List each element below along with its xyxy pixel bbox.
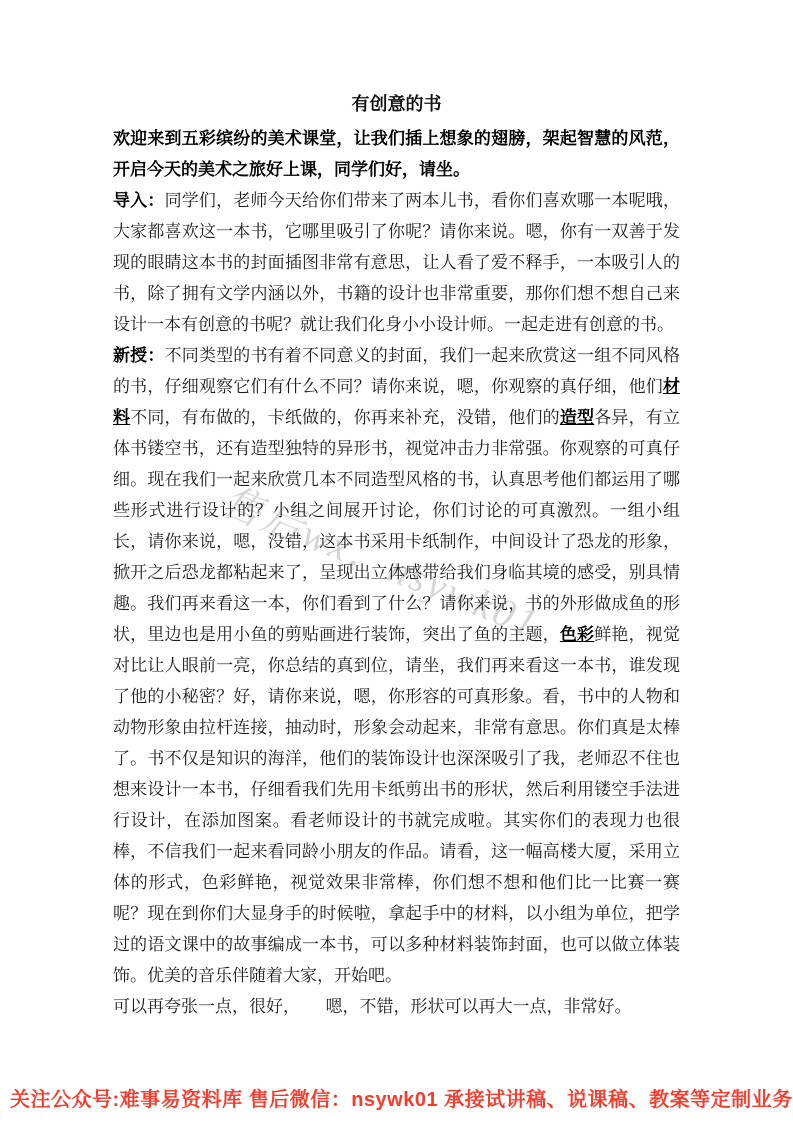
emphasis-run: 造型 <box>560 408 594 427</box>
emphasis-run: 欢迎来到五彩缤纷的美术课堂，让我们插上想象的翅膀，架起智慧的风范，开启今天的美术… <box>113 129 680 179</box>
paragraph: 新授：不同类型的书有着不同意义的封面，我们一起来欣赏这一组不同风格的书，仔细观察… <box>113 340 680 991</box>
emphasis-run: 导入： <box>113 191 165 210</box>
document-content: 有创意的书 欢迎来到五彩缤纷的美术课堂，让我们插上想象的翅膀，架起智慧的风范，开… <box>113 88 680 1022</box>
page-title: 有创意的书 <box>113 88 680 121</box>
text-run: 不同，有布做的，卡纸做的，你再来补充，没错，他们的 <box>130 408 560 427</box>
paragraph: 欢迎来到五彩缤纷的美术课堂，让我们插上想象的翅膀，架起智慧的风范，开启今天的美术… <box>113 123 680 185</box>
text-run: 不同类型的书有着不同意义的封面，我们一起来欣赏这一组不同风格的书，仔细观察它们有… <box>113 346 680 396</box>
footer-banner: 关注公众号:难事易资料库 售后微信：nsywk01 承接试讲稿、说课稿、教案等定… <box>10 1088 783 1112</box>
text-run: 同学们，老师今天给你们带来了两本儿书，看你们喜欢哪一本呢哦，大家都喜欢这一本书，… <box>113 191 680 334</box>
document-page: 售后wx．nsywk01 有创意的书 欢迎来到五彩缤纷的美术课堂，让我们插上想象… <box>0 0 793 1122</box>
paragraph: 导入：同学们，老师今天给你们带来了两本儿书，看你们喜欢哪一本呢哦，大家都喜欢这一… <box>113 185 680 340</box>
emphasis-run: 色彩 <box>560 625 594 644</box>
text-run: 各异，有立体书镂空书，还有造型独特的异形书，视觉冲击力非常强。你观察的可真仔细。… <box>113 408 680 644</box>
text-run: 鲜艳，视觉对比让人眼前一亮，你总结的真到位，请坐，我们再来看这一本书，谁发现了他… <box>113 625 680 985</box>
paragraph: 可以再夸张一点，很好， 嗯，不错，形状可以再大一点，非常好。 <box>113 991 680 1022</box>
document-body: 欢迎来到五彩缤纷的美术课堂，让我们插上想象的翅膀，架起智慧的风范，开启今天的美术… <box>113 123 680 1022</box>
text-run: 可以再夸张一点，很好， 嗯，不错，形状可以再大一点，非常好。 <box>113 997 632 1016</box>
emphasis-run: 新授： <box>113 346 165 365</box>
